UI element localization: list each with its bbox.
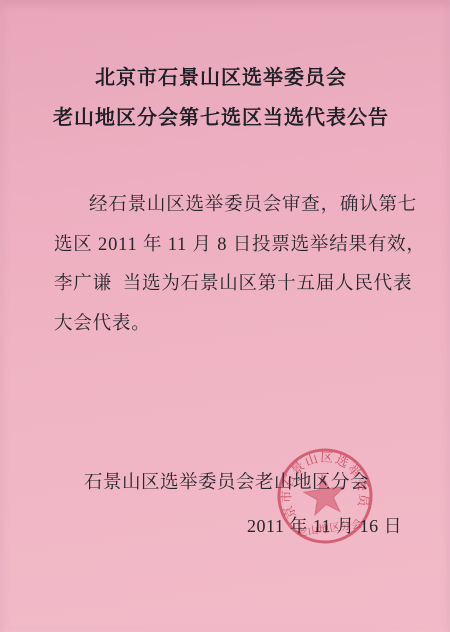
body-line: 大会代表。 [54,305,400,345]
official-seal-stamp: 北京市石景山区选举委员会 老山地区分会 [263,434,387,558]
title-line-1: 北京市石景山区选举委员会 [0,58,442,98]
issuer-signature: 石景山区选举委员会老山地区分会 [84,468,369,494]
notice-body: 经石景山区选举委员会审查，确认第七 选区 2011 年 11 月 8 日投票选举… [54,186,400,344]
body-line: 经石景山区选举委员会审查，确认第七 [54,186,400,226]
notice-title: 北京市石景山区选举委员会 老山地区分会第七选区当选代表公告 [0,58,442,138]
body-line: 选区 2011 年 11 月 8 日投票选举结果有效， [54,226,400,266]
issue-date: 2011 年 11 月 16 日 [247,512,402,538]
title-line-2: 老山地区分会第七选区当选代表公告 [0,98,442,138]
notice-document: 北京市石景山区选举委员会 老山地区分会第七选区当选代表公告 经石景山区选举委员会… [0,0,450,632]
body-line: 李广谦 当选为石景山区第十五届人民代表 [54,265,400,305]
